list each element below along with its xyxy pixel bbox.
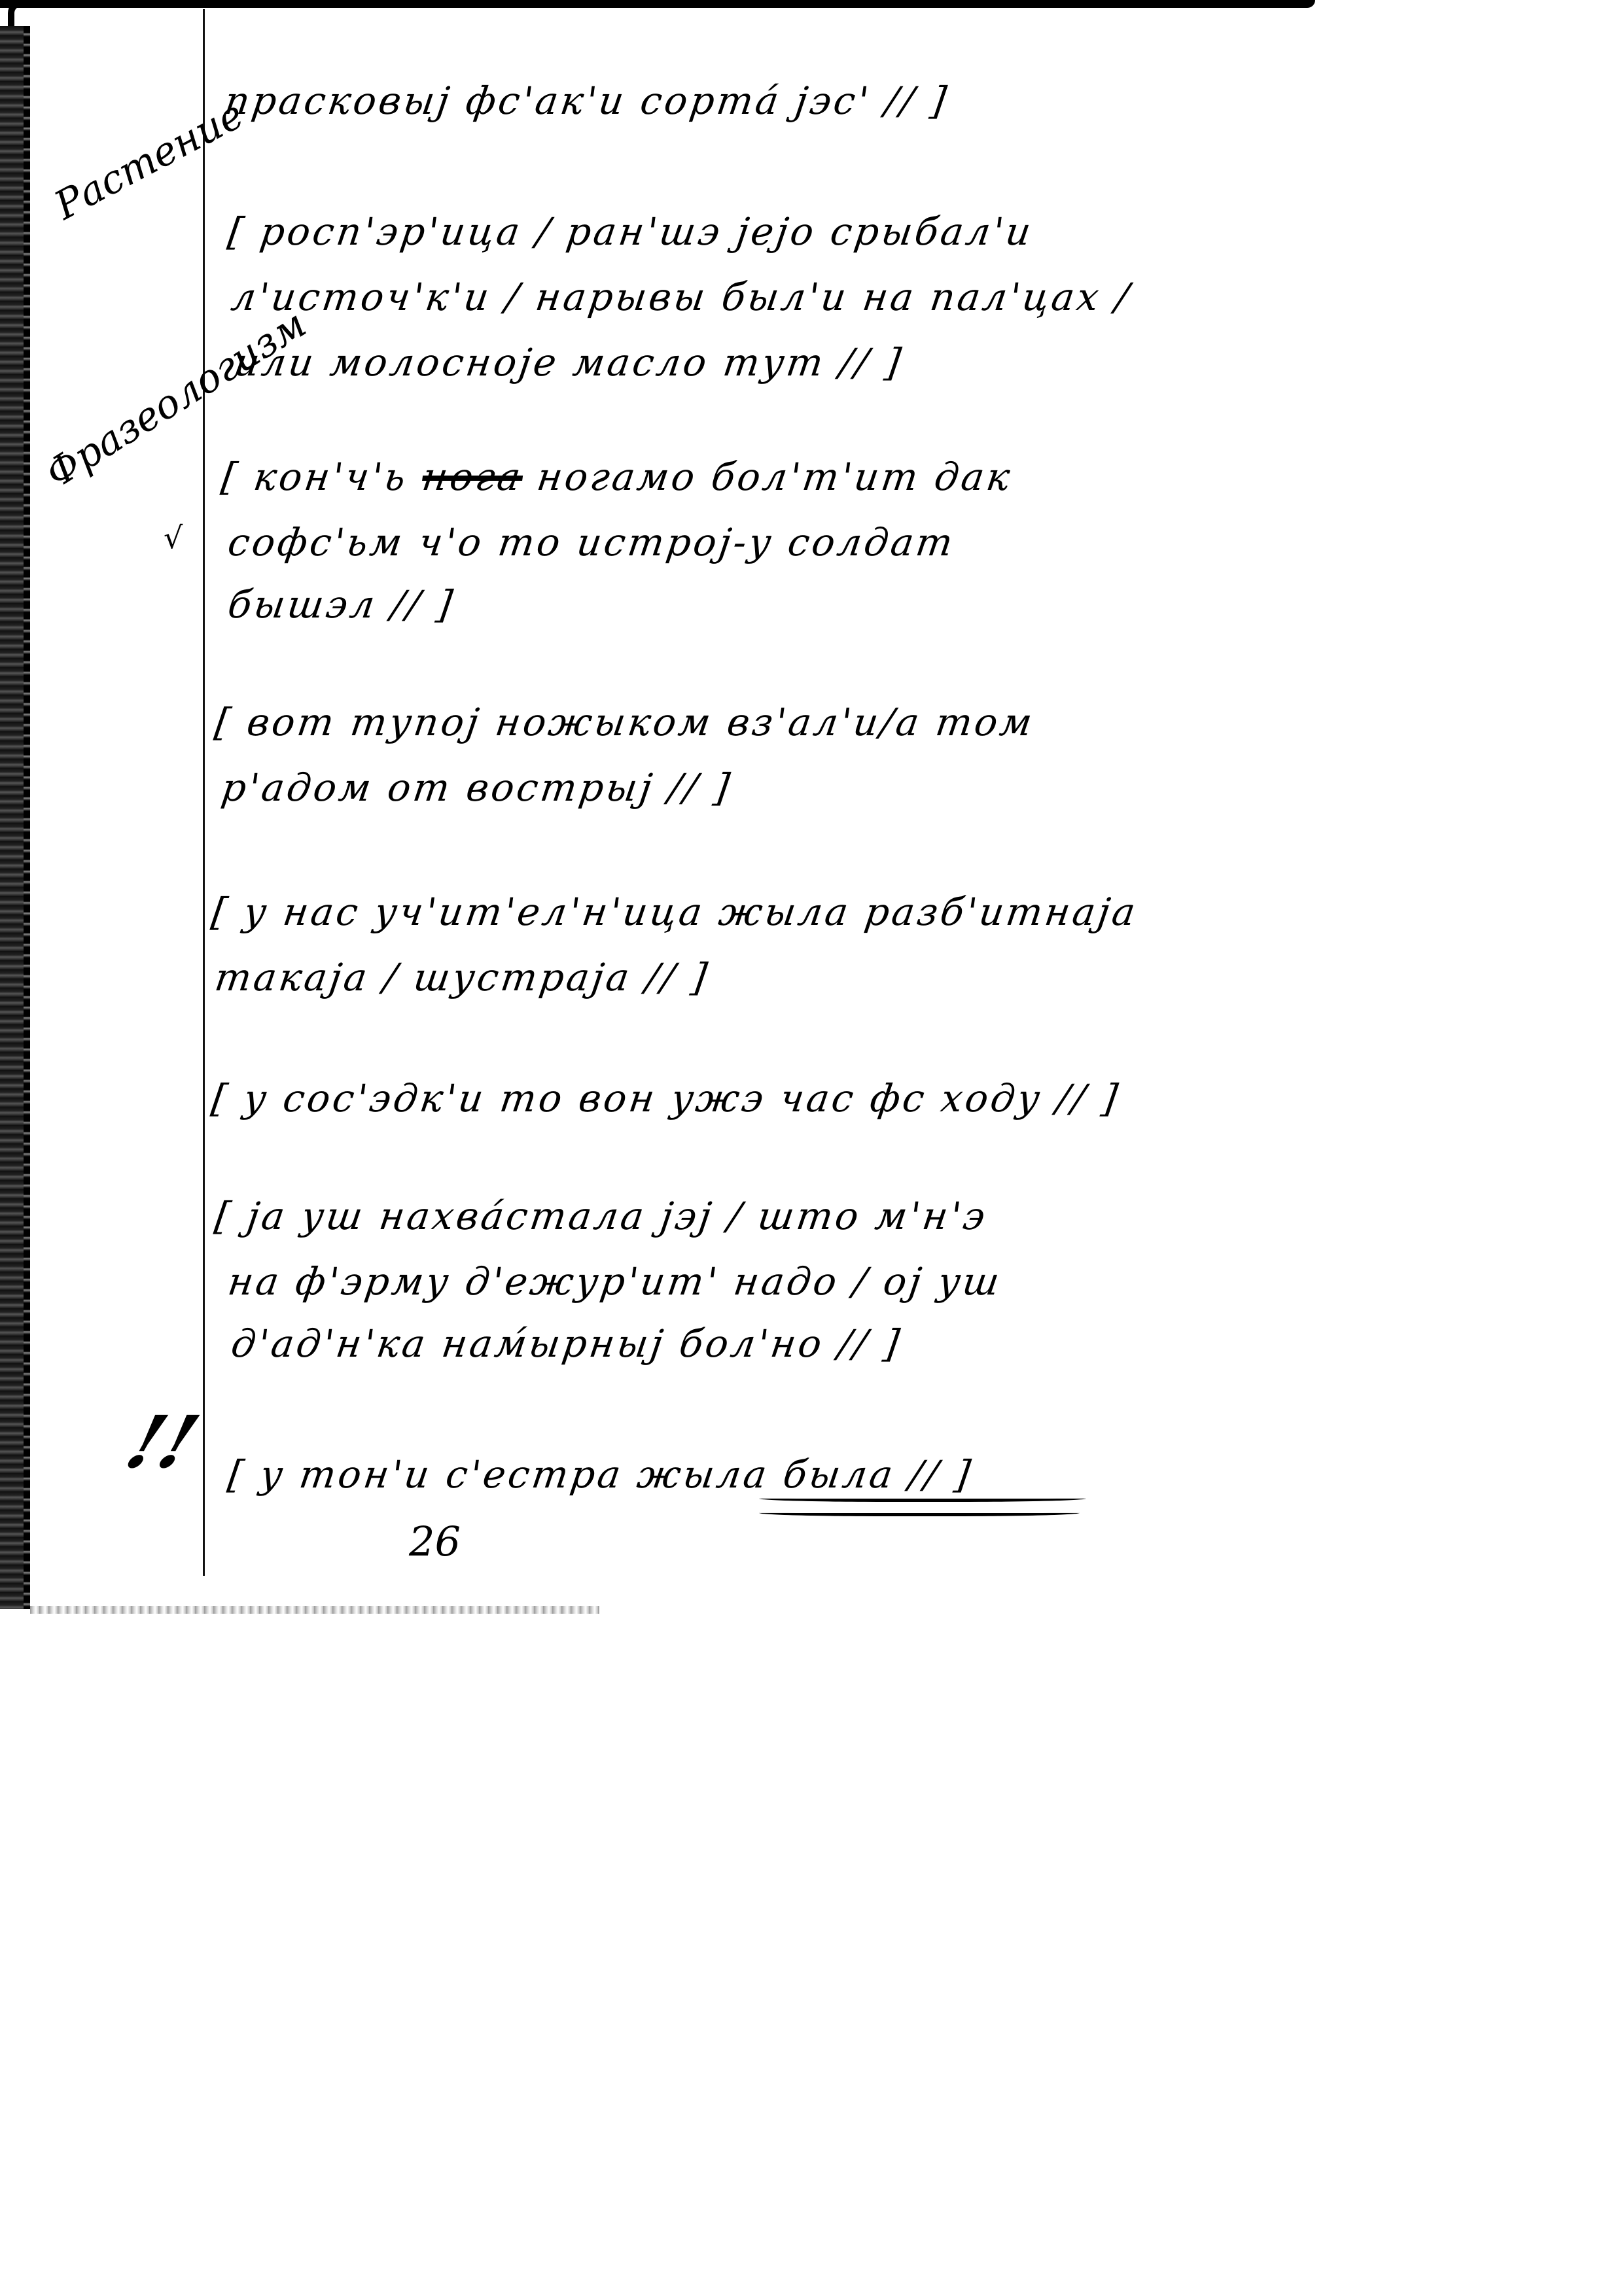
margin-line — [203, 9, 205, 1576]
entry-1-line-1: л'источ'к'и / нарывы был'и на пал'цах / — [229, 278, 1134, 316]
entry-2-line-0: [ кон'ч'ь нога ногамо бол'т'ит дак — [219, 458, 1015, 496]
entry-2-prefix: [ кон'ч'ь — [219, 455, 425, 499]
margin-exclamation-mark: !! — [116, 1400, 210, 1484]
entry-0-line-0: прасковыј фс'ак'и сорта́ јэс' // ] — [222, 82, 951, 120]
entry-4-line-0: [ у нас уч'ит'ел'н'ица жыла разб'итнаја — [209, 893, 1140, 931]
notebook-spine-edge — [24, 26, 30, 1609]
entry-4-line-1: такаја / шустраја // ] — [213, 958, 712, 996]
entry-6-line-0: [ ја уш нахва́стала јэј / што м'н'э — [213, 1197, 990, 1235]
entry-6-line-2: д'ад'н'ка нам́ырныј бол'но // ] — [229, 1325, 904, 1363]
page-number: 26 — [409, 1518, 461, 1565]
notebook-page-scan: Растение Фразеологизм прасковыј фс'ак'и … — [0, 0, 1607, 2296]
entry-5-line-0: [ у сос'эдк'и то вон ужэ час фс ходу // … — [209, 1079, 1122, 1117]
check-mark: √ — [164, 520, 183, 555]
entry-3-line-0: [ вот тупој ножыком вз'ал'и/а том — [213, 703, 1037, 741]
entry-1-line-2: или молосноје масло тут // ] — [232, 343, 906, 381]
entry-1-line-0: [ росп'эр'ица / ран'шэ јејо срыбал'и — [226, 213, 1036, 251]
margin-note-plant: Растение — [47, 92, 251, 229]
page-bottom-edge — [30, 1606, 599, 1614]
entry-2-suffix: ногамо бол'т'ит дак — [520, 455, 1015, 499]
entry-6-line-1: на ф'эрму д'ежур'ит' надо / ој уш — [226, 1262, 1004, 1300]
double-underline-2 — [759, 1508, 1080, 1516]
entry-2-line-2: бышэл // ] — [226, 585, 457, 623]
entry-7-line-0: [ у тон'и с'естра жыла была // ] — [226, 1455, 975, 1493]
entry-3-line-1: р'адом от вострыј // ] — [219, 769, 734, 807]
page-top-edge — [0, 0, 1315, 8]
struck-word: нога — [419, 455, 526, 499]
entry-2-line-1: софс'ьм ч'о то истрој-у солдат — [226, 523, 957, 561]
double-underline-1 — [759, 1493, 1086, 1502]
